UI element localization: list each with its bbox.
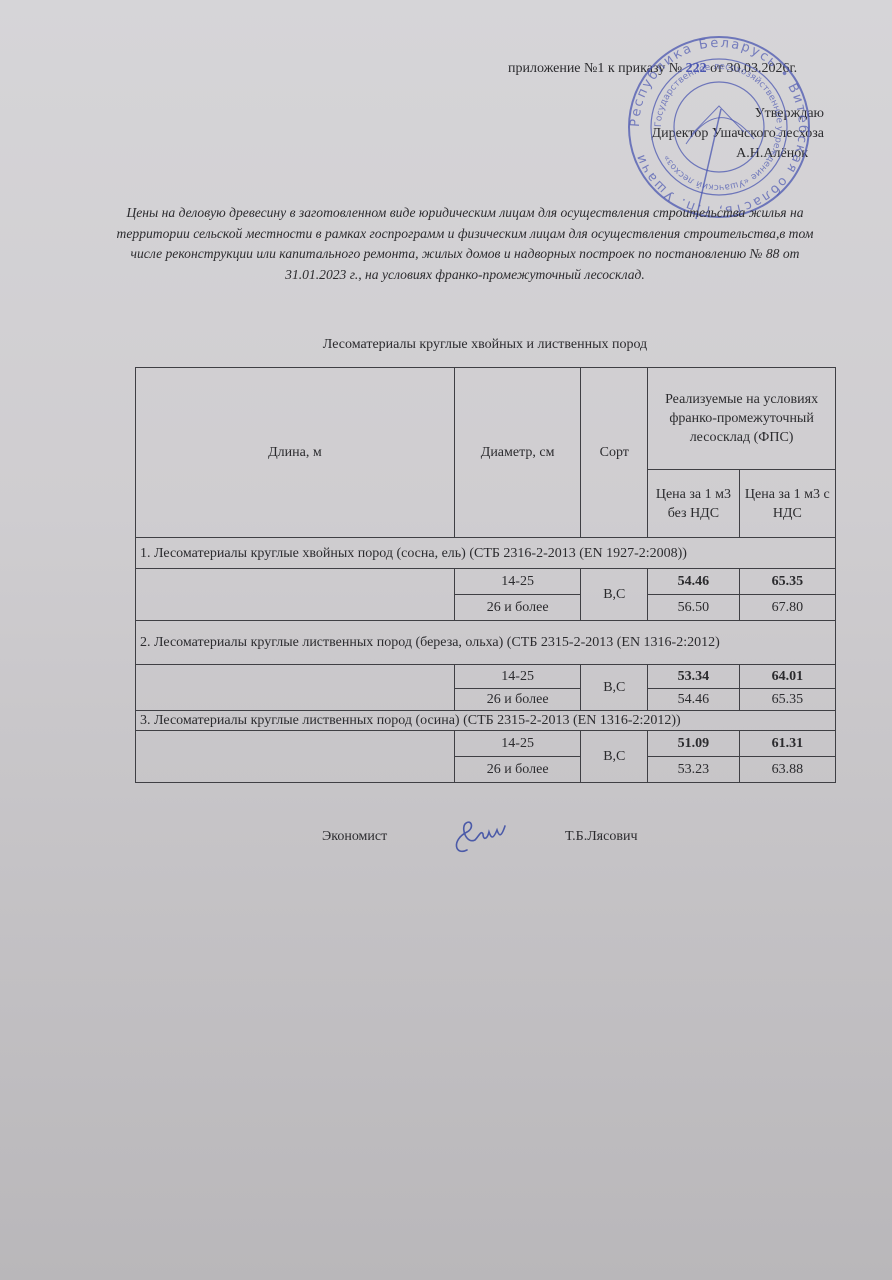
price-vat-cell: 64.01 bbox=[739, 665, 835, 689]
grade-cell: В,С bbox=[581, 569, 648, 621]
section-title: 3. Лесоматериалы круглые лиственных поро… bbox=[136, 711, 836, 731]
header-length: Длина, м bbox=[136, 368, 455, 538]
price-vat-cell: 65.35 bbox=[739, 689, 835, 711]
diameter-cell: 26 и более bbox=[454, 595, 581, 621]
document-title: Цены на деловую древесину в заготовленно… bbox=[110, 203, 820, 285]
signature-icon bbox=[445, 810, 535, 860]
diameter-cell: 14-25 bbox=[454, 569, 581, 595]
length-cell bbox=[136, 731, 455, 783]
table-row: 14-25 В,С 54.46 65.35 bbox=[136, 569, 836, 595]
price-no-vat-cell: 54.46 bbox=[648, 569, 739, 595]
length-cell bbox=[136, 569, 455, 621]
length-cell bbox=[136, 665, 455, 711]
table-caption: Лесоматериалы круглые хвойных и лиственн… bbox=[135, 337, 835, 353]
header-grade: Сорт bbox=[581, 368, 648, 538]
table-row: 14-25 В,С 53.34 64.01 bbox=[136, 665, 836, 689]
price-no-vat-cell: 51.09 bbox=[648, 731, 739, 757]
signatory-name: Т.Б.Лясович bbox=[565, 829, 637, 845]
price-no-vat-cell: 56.50 bbox=[648, 595, 739, 621]
price-table: Длина, м Диаметр, см Сорт Реализуемые на… bbox=[135, 367, 836, 783]
price-vat-cell: 61.31 bbox=[739, 731, 835, 757]
section-title: 1. Лесоматериалы круглые хвойных пород (… bbox=[136, 538, 836, 569]
table-row: 14-25 В,С 51.09 61.31 bbox=[136, 731, 836, 757]
header-diameter: Диаметр, см bbox=[454, 368, 581, 538]
grade-cell: В,С bbox=[581, 665, 648, 711]
diameter-cell: 26 и более bbox=[454, 689, 581, 711]
diameter-cell: 26 и более bbox=[454, 757, 581, 783]
official-stamp-icon: Республика Беларусь • Витебская область,… bbox=[626, 34, 812, 220]
diameter-cell: 14-25 bbox=[454, 665, 581, 689]
header-price-no-vat: Цена за 1 м3 без НДС bbox=[648, 470, 739, 538]
price-no-vat-cell: 54.46 bbox=[648, 689, 739, 711]
diameter-cell: 14-25 bbox=[454, 731, 581, 757]
price-no-vat-cell: 53.34 bbox=[648, 665, 739, 689]
header-fps-group: Реализуемые на условиях франко-промежуто… bbox=[648, 368, 836, 470]
grade-cell: В,С bbox=[581, 731, 648, 783]
price-vat-cell: 65.35 bbox=[739, 569, 835, 595]
section-title: 2. Лесоматериалы круглые лиственных поро… bbox=[136, 621, 836, 665]
price-vat-cell: 63.88 bbox=[739, 757, 835, 783]
header-price-vat: Цена за 1 м3 с НДС bbox=[739, 470, 835, 538]
price-no-vat-cell: 53.23 bbox=[648, 757, 739, 783]
signatory-position: Экономист bbox=[322, 829, 387, 845]
price-vat-cell: 67.80 bbox=[739, 595, 835, 621]
